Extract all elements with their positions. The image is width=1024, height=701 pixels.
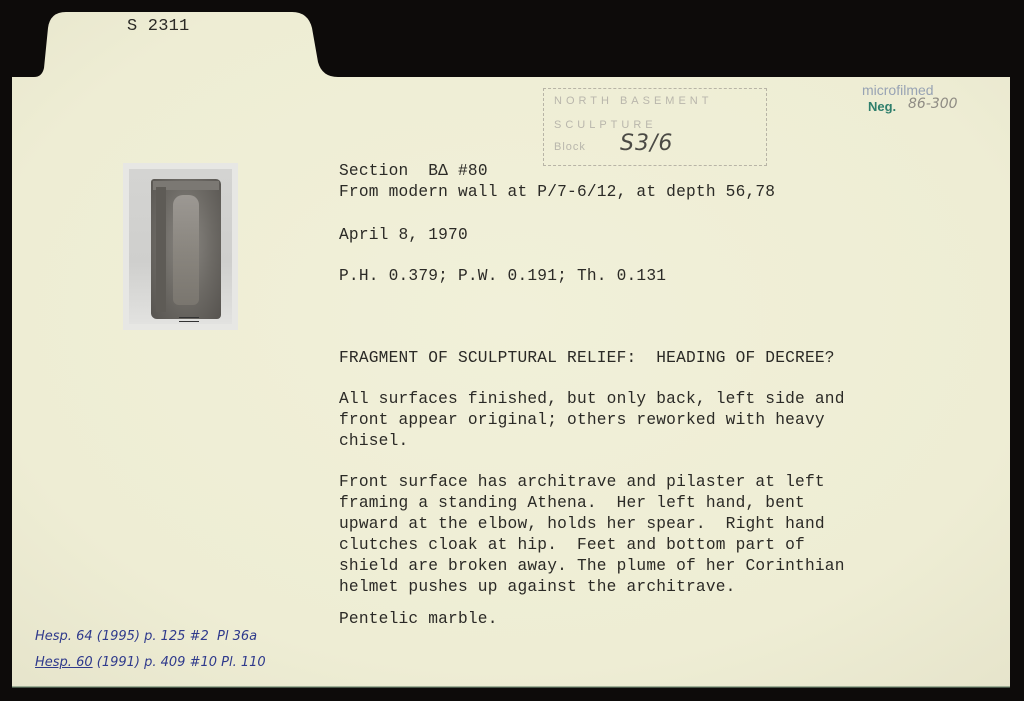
relief-photo-image — [129, 169, 232, 324]
bibliography-reference: Hesp. 64 (1995) p. 125 #2 Pl 36a — [35, 629, 257, 644]
material: Pentelic marble. — [339, 609, 498, 630]
stamp-category: SCULPTURE — [554, 119, 657, 131]
dimensions: P.H. 0.379; P.W. 0.191; Th. 0.131 — [339, 266, 666, 287]
text-line: shield are broken away. The plume of her… — [339, 556, 845, 577]
object-title: FRAGMENT OF SCULPTURAL RELIEF: HEADING O… — [339, 348, 835, 369]
stamp-block-value: S3/6 — [620, 131, 673, 156]
reference-detail: p. 125 #2 Pl 36a — [144, 629, 257, 644]
section-value: BΔ — [428, 162, 448, 180]
text-line: front appear original; others reworked w… — [339, 410, 845, 431]
negative-mark: Neg. — [868, 99, 896, 114]
text-line: upward at the elbow, holds her spear. Ri… — [339, 514, 845, 535]
text-line: All surfaces finished, but only back, le… — [339, 389, 845, 410]
athena-figure-shape — [173, 195, 199, 305]
reference-journal: Hesp. 64 — [35, 629, 93, 644]
find-date: April 8, 1970 — [339, 225, 468, 246]
text-line: clutches cloak at hip. Feet and bottom p… — [339, 535, 845, 556]
reference-year: (1995) — [97, 629, 140, 644]
bibliography-reference: Hesp. 60 (1991) p. 409 #10 Pl. 110 — [35, 655, 266, 670]
relief-athena-icon — [151, 179, 221, 319]
section-label: Section — [339, 162, 408, 180]
section-number: #80 — [458, 162, 488, 180]
findspot: From modern wall at P/7-6/12, at depth 5… — [339, 182, 775, 203]
description-paragraph: Front surface has architrave and pilaste… — [339, 472, 845, 598]
stamp-location: NORTH BASEMENT — [554, 95, 712, 107]
section-line: Section BΔ #80 — [339, 161, 488, 182]
reference-journal: Hesp. 60 — [35, 655, 93, 670]
condition-paragraph: All surfaces finished, but only back, le… — [339, 389, 845, 452]
text-line: framing a standing Athena. Her left hand… — [339, 493, 845, 514]
scale-bar-icon — [179, 317, 199, 322]
relief-photo — [123, 163, 238, 330]
stamp-block-label: Block — [554, 141, 586, 153]
reference-detail: p. 409 #10 Pl. 110 — [144, 655, 266, 670]
text-line: Front surface has architrave and pilaste… — [339, 472, 845, 493]
text-line: helmet pushes up against the architrave. — [339, 577, 845, 598]
text-line: chisel. — [339, 431, 845, 452]
reference-year: (1991) — [97, 655, 140, 670]
storage-location-stamp: NORTH BASEMENT SCULPTURE Block S3/6 — [543, 88, 767, 166]
catalog-number: S 2311 — [127, 16, 189, 37]
pilaster-shape — [156, 187, 166, 312]
negative-number: 86-300 — [908, 96, 958, 112]
